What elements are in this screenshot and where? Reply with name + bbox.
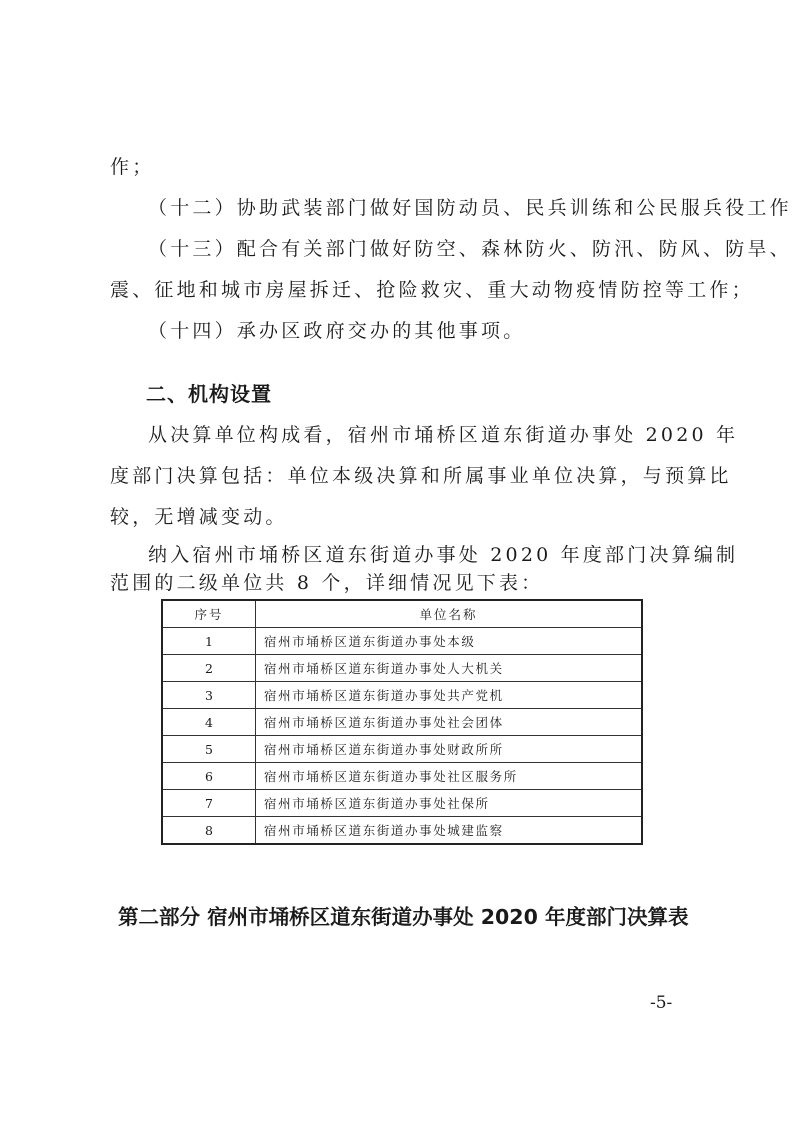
row-unit-name: 宿州市埇桥区道东街道办事处社保所 [256, 790, 643, 817]
paragraph-continuation: 作； [110, 152, 154, 179]
row-serial: 3 [162, 682, 256, 709]
row-unit-name: 宿州市埇桥区道东街道办事处共产党机 [256, 682, 643, 709]
item-thirteen-line1: （十三）配合有关部门做好防空、森林防火、防汛、防风、防旱、防 [148, 234, 793, 261]
table-row: 3宿州市埇桥区道东街道办事处共产党机 [162, 682, 642, 709]
table-row: 7宿州市埇桥区道东街道办事处社保所 [162, 790, 642, 817]
section-para1-line2: 度部门决算包括：单位本级决算和所属事业单位决算，与预算比 [110, 461, 732, 488]
row-serial: 4 [162, 709, 256, 736]
item-thirteen-line2: 震、征地和城市房屋拆迁、抢险救灾、重大动物疫情防控等工作； [110, 275, 754, 302]
row-unit-name: 宿州市埇桥区道东街道办事处社区服务所 [256, 763, 643, 790]
table-header-row: 序号 单位名称 [162, 600, 642, 628]
part-two-title: 第二部分 宿州市埇桥区道东街道办事处 2020 年度部门决算表 [118, 900, 688, 930]
row-serial: 5 [162, 736, 256, 763]
item-twelve: （十二）协助武装部门做好国防动员、民兵训练和公民服兵役工作； [148, 193, 793, 220]
row-unit-name: 宿州市埇桥区道东街道办事处本级 [256, 628, 643, 655]
row-serial: 8 [162, 817, 256, 845]
table-row: 2宿州市埇桥区道东街道办事处人大机关 [162, 655, 642, 682]
table-row: 8宿州市埇桥区道东街道办事处城建监察 [162, 817, 642, 845]
row-serial: 6 [162, 763, 256, 790]
row-serial: 2 [162, 655, 256, 682]
item-fourteen: （十四）承办区政府交办的其他事项。 [148, 316, 525, 343]
header-serial: 序号 [162, 600, 256, 628]
table-row: 4宿州市埇桥区道东街道办事处社会团体 [162, 709, 642, 736]
table-row: 1宿州市埇桥区道东街道办事处本级 [162, 628, 642, 655]
section-para1-line1: 从决算单位构成看，宿州市埇桥区道东街道办事处 2020 年 [148, 420, 738, 447]
row-unit-name: 宿州市埇桥区道东街道办事处人大机关 [256, 655, 643, 682]
row-serial: 7 [162, 790, 256, 817]
units-table: 序号 单位名称 1宿州市埇桥区道东街道办事处本级 2宿州市埇桥区道东街道办事处人… [161, 599, 643, 845]
table-row: 5宿州市埇桥区道东街道办事处财政所所 [162, 736, 642, 763]
header-unit-name: 单位名称 [256, 600, 643, 628]
row-unit-name: 宿州市埇桥区道东街道办事处财政所所 [256, 736, 643, 763]
section-para2-line2: 范围的二级单位共 8 个，详细情况见下表： [110, 568, 543, 595]
row-unit-name: 宿州市埇桥区道东街道办事处社会团体 [256, 709, 643, 736]
row-unit-name: 宿州市埇桥区道东街道办事处城建监察 [256, 817, 643, 845]
table-row: 6宿州市埇桥区道东街道办事处社区服务所 [162, 763, 642, 790]
row-serial: 1 [162, 628, 256, 655]
section-heading: 二、机构设置 [146, 378, 272, 407]
page-number: -5- [650, 993, 672, 1013]
section-para2-line1: 纳入宿州市埇桥区道东街道办事处 2020 年度部门决算编制 [148, 540, 738, 567]
section-para1-line3: 较，无增减变动。 [110, 502, 288, 529]
